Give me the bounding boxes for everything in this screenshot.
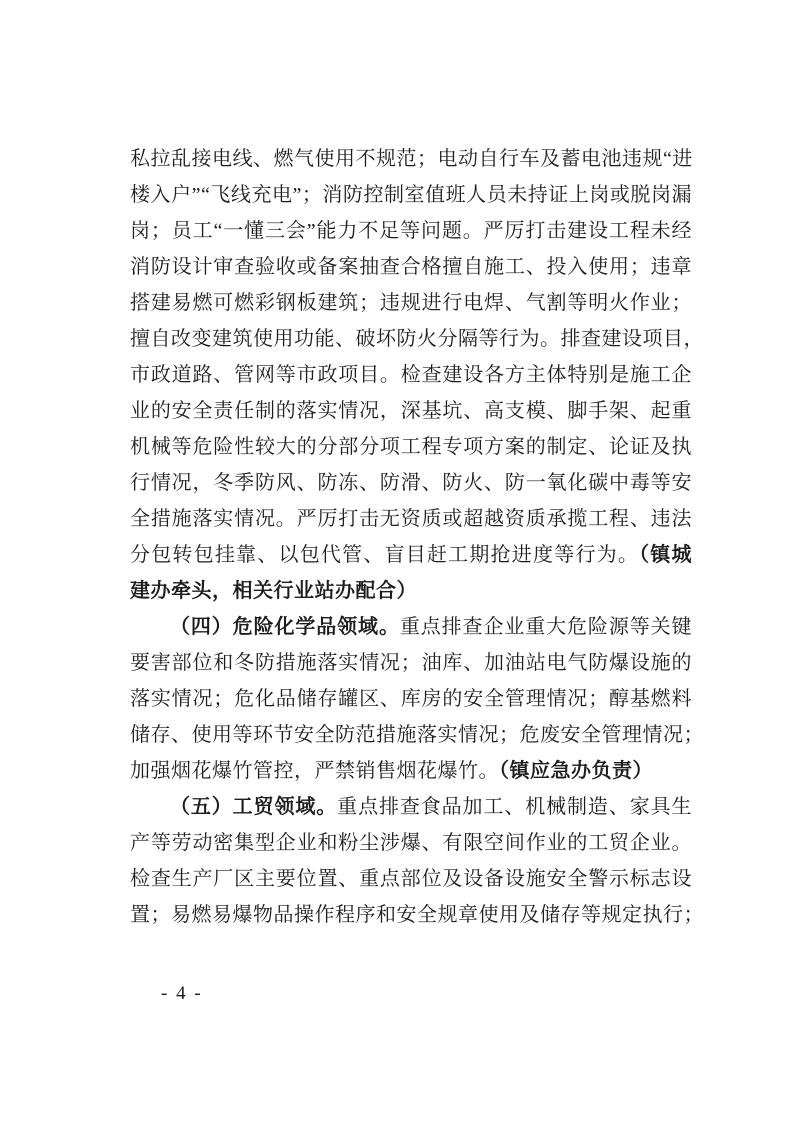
bold-text-segment: （镇应急办负责） [499, 760, 653, 782]
text-line: 要害部位和冬防措施落实情况；油库、加油站电气防爆设施的 [130, 645, 692, 681]
text-segment: 落实情况；危化品储存罐区、库房的安全管理情况；醇基燃料 [130, 688, 692, 710]
text-segment: 楼入户”“飞线充电”；消防控制室值班人员未持证上岗或脱岗漏 [130, 184, 692, 206]
text-segment: 置；易燃易爆物品操作程序和安全规章使用及储存等规定执行； [130, 904, 704, 926]
text-segment: 分包转包挂靠、以包代管、盲目赶工期抢进度等行为。 [130, 544, 639, 566]
text-line: 岗；员工“一懂三会”能力不足等问题。严厉打击建设工程未经 [130, 213, 692, 249]
text-segment: 消防设计审查验收或备案抽查合格擅自施工、投入使用；违章 [130, 256, 692, 278]
document-page: 私拉乱接电线、燃气使用不规范；电动自行车及蓄电池违规“进楼入户”“飞线充电”；消… [0, 0, 793, 1122]
text-segment: 储存、使用等环节安全防范措施落实情况；危废安全管理情况； [130, 724, 704, 746]
text-line: （四）危险化学品领域。重点排查企业重大危险源等关键 [130, 609, 692, 645]
text-segment: 市政道路、管网等市政项目。检查建设各方主体特别是施工企 [130, 364, 692, 386]
text-line: 搭建易燃可燃彩钢板建筑；违规进行电焊、气割等明火作业； [130, 285, 692, 321]
text-line: 业的安全责任制的落实情况，深基坑、高支模、脚手架、起重 [130, 393, 692, 429]
text-line: 机械等危险性较大的分部分项工程专项方案的制定、论证及执 [130, 429, 692, 465]
text-segment: 要害部位和冬防措施落实情况；油库、加油站电气防爆设施的 [130, 652, 692, 674]
text-line: 加强烟花爆竹管控，严禁销售烟花爆竹。（镇应急办负责） [130, 753, 692, 789]
text-line: 全措施落实情况。严厉打击无资质或超越资质承揽工程、违法 [130, 501, 692, 537]
text-segment: 加强烟花爆竹管控，严禁销售烟花爆竹。 [130, 760, 499, 782]
bold-text-segment: （镇城 [639, 544, 692, 566]
text-line: 分包转包挂靠、以包代管、盲目赶工期抢进度等行为。（镇城 [130, 537, 692, 573]
text-line: 行情况，冬季防风、防冻、防滑、防火、防一氧化碳中毒等安 [130, 465, 692, 501]
document-body-text: 私拉乱接电线、燃气使用不规范；电动自行车及蓄电池违规“进楼入户”“飞线充电”；消… [130, 141, 692, 933]
text-segment: 机械等危险性较大的分部分项工程专项方案的制定、论证及执 [130, 436, 692, 458]
text-line: 储存、使用等环节安全防范措施落实情况；危废安全管理情况； [130, 717, 692, 753]
text-segment: 重点排查食品加工、机械制造、家具生 [337, 796, 692, 818]
text-line: 产等劳动密集型企业和粉尘涉爆、有限空间作业的工贸企业。 [130, 825, 692, 861]
text-segment: 私拉乱接电线、燃气使用不规范；电动自行车及蓄电池违规“进 [130, 148, 693, 170]
text-segment: 岗；员工“一懂三会”能力不足等问题。严厉打击建设工程未经 [130, 220, 692, 242]
text-segment: 搭建易燃可燃彩钢板建筑；违规进行电焊、气割等明火作业； [130, 292, 692, 314]
text-segment: 行情况，冬季防风、防冻、防滑、防火、防一氧化碳中毒等安 [130, 472, 692, 494]
text-line: 擅自改变建筑使用功能、破坏防火分隔等行为。排查建设项目， [130, 321, 692, 357]
text-segment: 擅自改变建筑使用功能、破坏防火分隔等行为。排查建设项目， [130, 328, 704, 350]
text-line: 置；易燃易爆物品操作程序和安全规章使用及储存等规定执行； [130, 897, 692, 933]
text-line: 建办牵头，相关行业站办配合） [130, 573, 692, 609]
text-segment: 检查生产厂区主要位置、重点部位及设备设施安全警示标志设 [130, 868, 692, 890]
page-number: - 4 - [161, 983, 203, 1005]
text-line: （五）工贸领域。重点排查食品加工、机械制造、家具生 [130, 789, 692, 825]
text-segment: 全措施落实情况。严厉打击无资质或超越资质承揽工程、违法 [130, 508, 692, 530]
text-line: 消防设计审查验收或备案抽查合格擅自施工、投入使用；违章 [130, 249, 692, 285]
text-line: 市政道路、管网等市政项目。检查建设各方主体特别是施工企 [130, 357, 692, 393]
text-line: 检查生产厂区主要位置、重点部位及设备设施安全警示标志设 [130, 861, 692, 897]
bold-text-segment: 建办牵头，相关行业站办配合） [130, 580, 417, 602]
text-segment: 重点排查企业重大危险源等关键 [400, 616, 692, 638]
bold-text-segment: （五）工贸领域。 [170, 796, 337, 818]
text-line: 私拉乱接电线、燃气使用不规范；电动自行车及蓄电池违规“进 [130, 141, 692, 177]
text-line: 落实情况；危化品储存罐区、库房的安全管理情况；醇基燃料 [130, 681, 692, 717]
bold-text-segment: （四）危险化学品领域。 [170, 616, 400, 638]
text-segment: 业的安全责任制的落实情况，深基坑、高支模、脚手架、起重 [130, 400, 692, 422]
text-line: 楼入户”“飞线充电”；消防控制室值班人员未持证上岗或脱岗漏 [130, 177, 692, 213]
text-segment: 产等劳动密集型企业和粉尘涉爆、有限空间作业的工贸企业。 [130, 832, 692, 854]
